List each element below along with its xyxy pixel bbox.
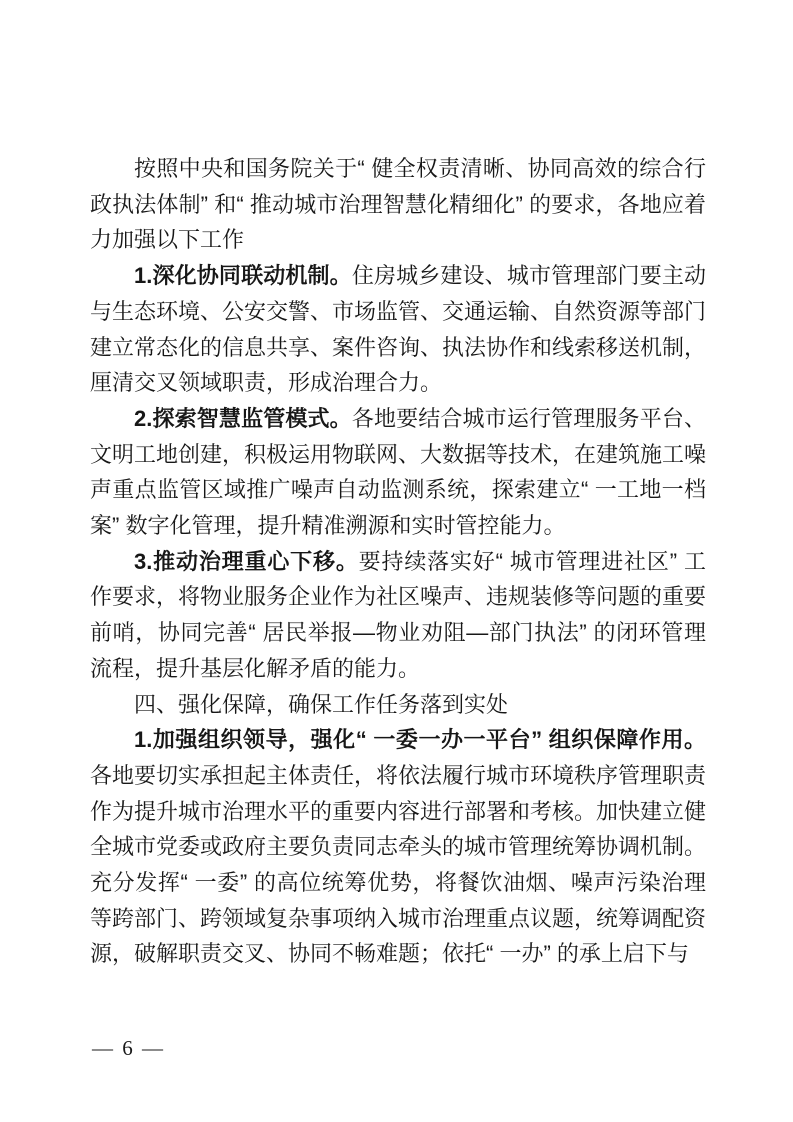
page-number: — 6 —	[92, 1036, 165, 1060]
paragraph-lead: 1.加强组织领导，强化“ 一委一办一平台” 组织保障作用。	[134, 727, 706, 752]
document-text-block: 按照中央和国务院关于“ 健全权责清晰、协同高效的综合行政执法体制” 和“ 推动城…	[90, 151, 706, 972]
document-page: 按照中央和国务院关于“ 健全权责清晰、协同高效的综合行政执法体制” 和“ 推动城…	[0, 0, 793, 1122]
section-4-heading: 四、强化保障，确保工作任务落到实处	[90, 687, 706, 723]
item-2-smart-supervision-paragraph: 2.探索智慧监管模式。各地要结合城市运行管理服务平台、文明工地创建，积极运用物联…	[90, 401, 706, 544]
paragraph-text: 按照中央和国务院关于“ 健全权责清晰、协同高效的综合行政执法体制” 和“ 推动城…	[90, 156, 706, 252]
item-3-grassroots-paragraph: 3.推动治理重心下移。要持续落实好“ 城市管理进社区” 工作要求，将物业服务企业…	[90, 544, 706, 687]
paragraph-lead: 3.推动治理重心下移。	[134, 549, 359, 574]
intro-paragraph: 按照中央和国务院关于“ 健全权责清晰、协同高效的综合行政执法体制” 和“ 推动城…	[90, 151, 706, 258]
item-1-coordination-paragraph: 1.深化协同联动机制。住房城乡建设、城市管理部门要主动与生态环境、公安交警、市场…	[90, 258, 706, 401]
paragraph-lead: 2.探索智慧监管模式。	[134, 406, 352, 431]
paragraph-lead: 1.深化协同联动机制。	[134, 263, 352, 288]
paragraph-text: 各地要切实承担起主体责任，将依法履行城市环境秩序管理职责作为提升城市治理水平的重…	[90, 763, 706, 967]
paragraph-text: 四、强化保障，确保工作任务落到实处	[134, 692, 508, 717]
item-1-organization-paragraph: 1.加强组织领导，强化“ 一委一办一平台” 组织保障作用。各地要切实承担起主体责…	[90, 722, 706, 972]
